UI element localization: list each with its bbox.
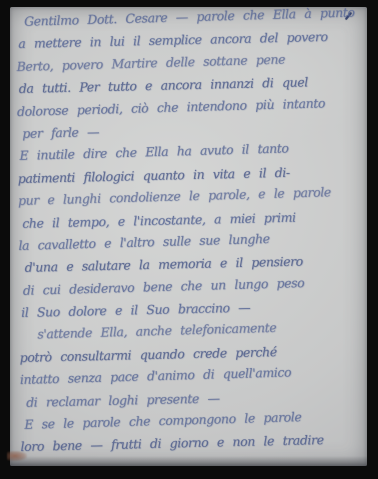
letter-page: Gentilmo Dott. Cesare — parole che Ella … xyxy=(10,7,367,466)
paper-edge-shadow xyxy=(10,456,367,466)
handwriting-block: Gentilmo Dott. Cesare — parole che Ella … xyxy=(16,7,370,466)
scanner-background: Gentilmo Dott. Cesare — parole che Ella … xyxy=(0,0,378,479)
